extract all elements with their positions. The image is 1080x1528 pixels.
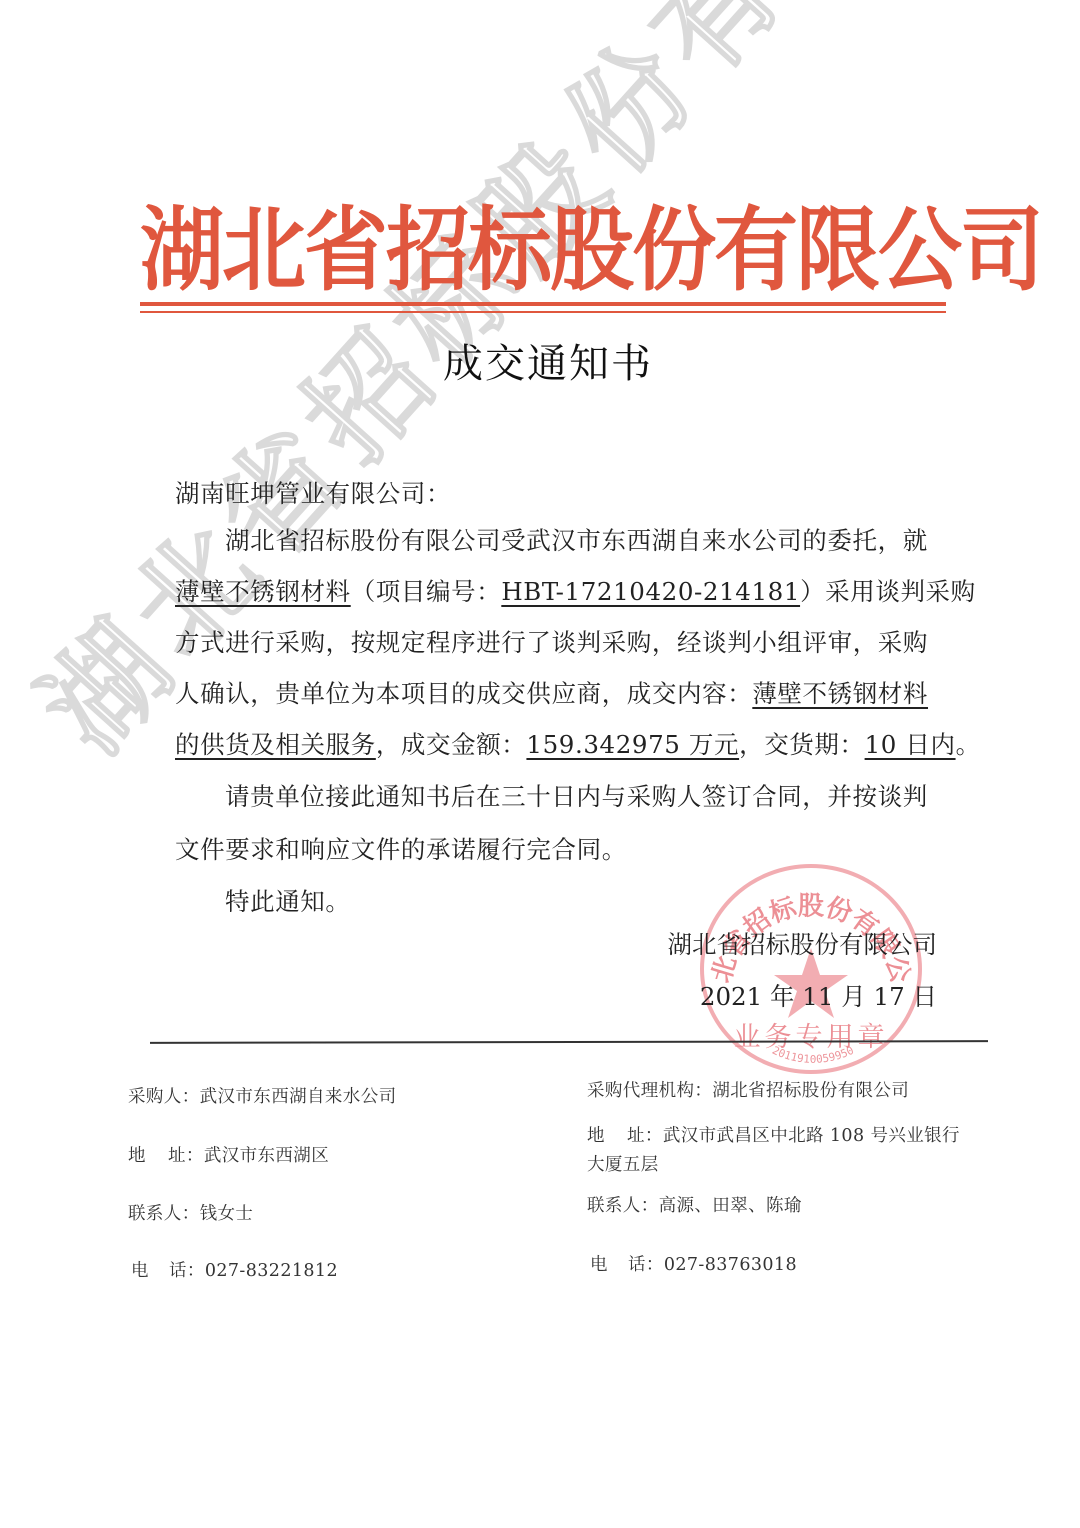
addressee: 湖南旺坤管业有限公司：	[175, 477, 451, 511]
document-title: 成交通知书	[0, 338, 1080, 390]
purchaser-value: 武汉市东西湖自来水公司	[200, 1087, 397, 1107]
watermark-text: 湖北省招标股份有限公司	[0, 0, 1080, 782]
purchaser-phone-value: 027-83221812	[205, 1261, 338, 1281]
phone-label-2: 话：	[169, 1261, 205, 1281]
purchaser-label: 采购人：	[128, 1087, 200, 1107]
deal-amount-label: ，成交金额：	[376, 730, 527, 759]
contact-label: 联系人：	[587, 1196, 659, 1216]
paragraph2-line2: 文件要求和响应文件的承诺履行完合同。	[175, 833, 627, 867]
project-name: 薄壁不锈钢材料	[175, 577, 351, 606]
letterhead-rule-thick	[140, 302, 946, 306]
delivery-label: ，交货期：	[739, 730, 865, 759]
agency-value: 湖北省招标股份有限公司	[712, 1081, 909, 1101]
purchaser-row: 采购人：武汉市东西湖自来水公司	[128, 1084, 397, 1110]
paragraph1-line2: 薄壁不锈钢材料（项目编号：HBT-17210420-214181）采用谈判采购	[175, 575, 976, 609]
purchaser-contact-row: 联系人：钱女士	[128, 1201, 253, 1227]
agency-row: 采购代理机构：湖北省招标股份有限公司	[587, 1078, 909, 1104]
closing-text: 特此通知。	[225, 885, 351, 919]
paragraph1-line4: 人确认，贵单位为本项目的成交供应商，成交内容：薄壁不锈钢材料	[175, 677, 928, 711]
phone-label-1: 电	[590, 1252, 628, 1278]
phone-label-2: 话：	[628, 1255, 664, 1275]
agency-phone-row: 电话：027-83763018	[590, 1252, 797, 1278]
agency-label: 采购代理机构：	[587, 1081, 712, 1101]
stamp-bottom-text: 业务专用章	[734, 1022, 889, 1053]
purchaser-contact-value: 钱女士	[200, 1204, 254, 1224]
paragraph1-line1: 湖北省招标股份有限公司受武汉市东西湖自来水公司的委托，就	[225, 524, 928, 558]
deal-content-continued: 的供货及相关服务	[175, 730, 376, 759]
agency-contact-value: 高源、田翠、陈瑜	[659, 1196, 802, 1216]
paragraph1-line5: 的供货及相关服务，成交金额：159.342975 万元，交货期：10 日内。	[175, 728, 981, 762]
signature-company: 湖北省招标股份有限公司	[668, 928, 938, 962]
signature-date: 2021 年 11 月 17 日	[700, 980, 937, 1014]
phone-label-1: 电	[131, 1258, 169, 1284]
address-label-2: 址：	[168, 1146, 204, 1166]
delivery-period: 10 日内	[865, 730, 956, 759]
contact-label: 联系人：	[128, 1204, 200, 1224]
purchaser-address-value: 武汉市东西湖区	[204, 1146, 329, 1166]
project-code-open: （项目编号：	[351, 577, 502, 606]
agency-contact-row: 联系人：高源、田翠、陈瑜	[587, 1193, 802, 1219]
purchaser-address-row: 地址：武汉市东西湖区	[128, 1143, 329, 1169]
address-label-1: 地	[128, 1143, 168, 1169]
agency-phone-value: 027-83763018	[664, 1255, 797, 1275]
address-label-2: 址：	[627, 1126, 663, 1146]
letterhead-rule-thin	[140, 311, 946, 313]
deal-amount: 159.342975 万元	[526, 730, 739, 759]
agency-address-value-line2: 大厦五层	[587, 1152, 659, 1178]
address-label-1: 地	[587, 1123, 627, 1149]
project-code-close: ）采用谈判采购	[800, 577, 976, 606]
letterhead-company-name: 湖北省招标股份有限公司	[140, 196, 948, 304]
project-code: HBT-17210420-214181	[501, 577, 800, 606]
agency-address-row: 地址：武汉市武昌区中北路 108 号兴业银行	[587, 1123, 960, 1149]
sentence-end: 。	[956, 730, 981, 759]
paragraph1-line3: 方式进行采购，按规定程序进行了谈判采购，经谈判小组评审，采购	[175, 626, 928, 660]
deal-content: 薄壁不锈钢材料	[752, 679, 928, 708]
paragraph2-line1: 请贵单位接此通知书后在三十日内与采购人签订合同，并按谈判	[225, 780, 928, 814]
deal-content-prefix: 人确认，贵单位为本项目的成交供应商，成交内容：	[175, 679, 752, 708]
agency-address-value-line1: 武汉市武昌区中北路 108 号兴业银行	[663, 1126, 960, 1146]
purchaser-phone-row: 电话：027-83221812	[131, 1258, 338, 1284]
